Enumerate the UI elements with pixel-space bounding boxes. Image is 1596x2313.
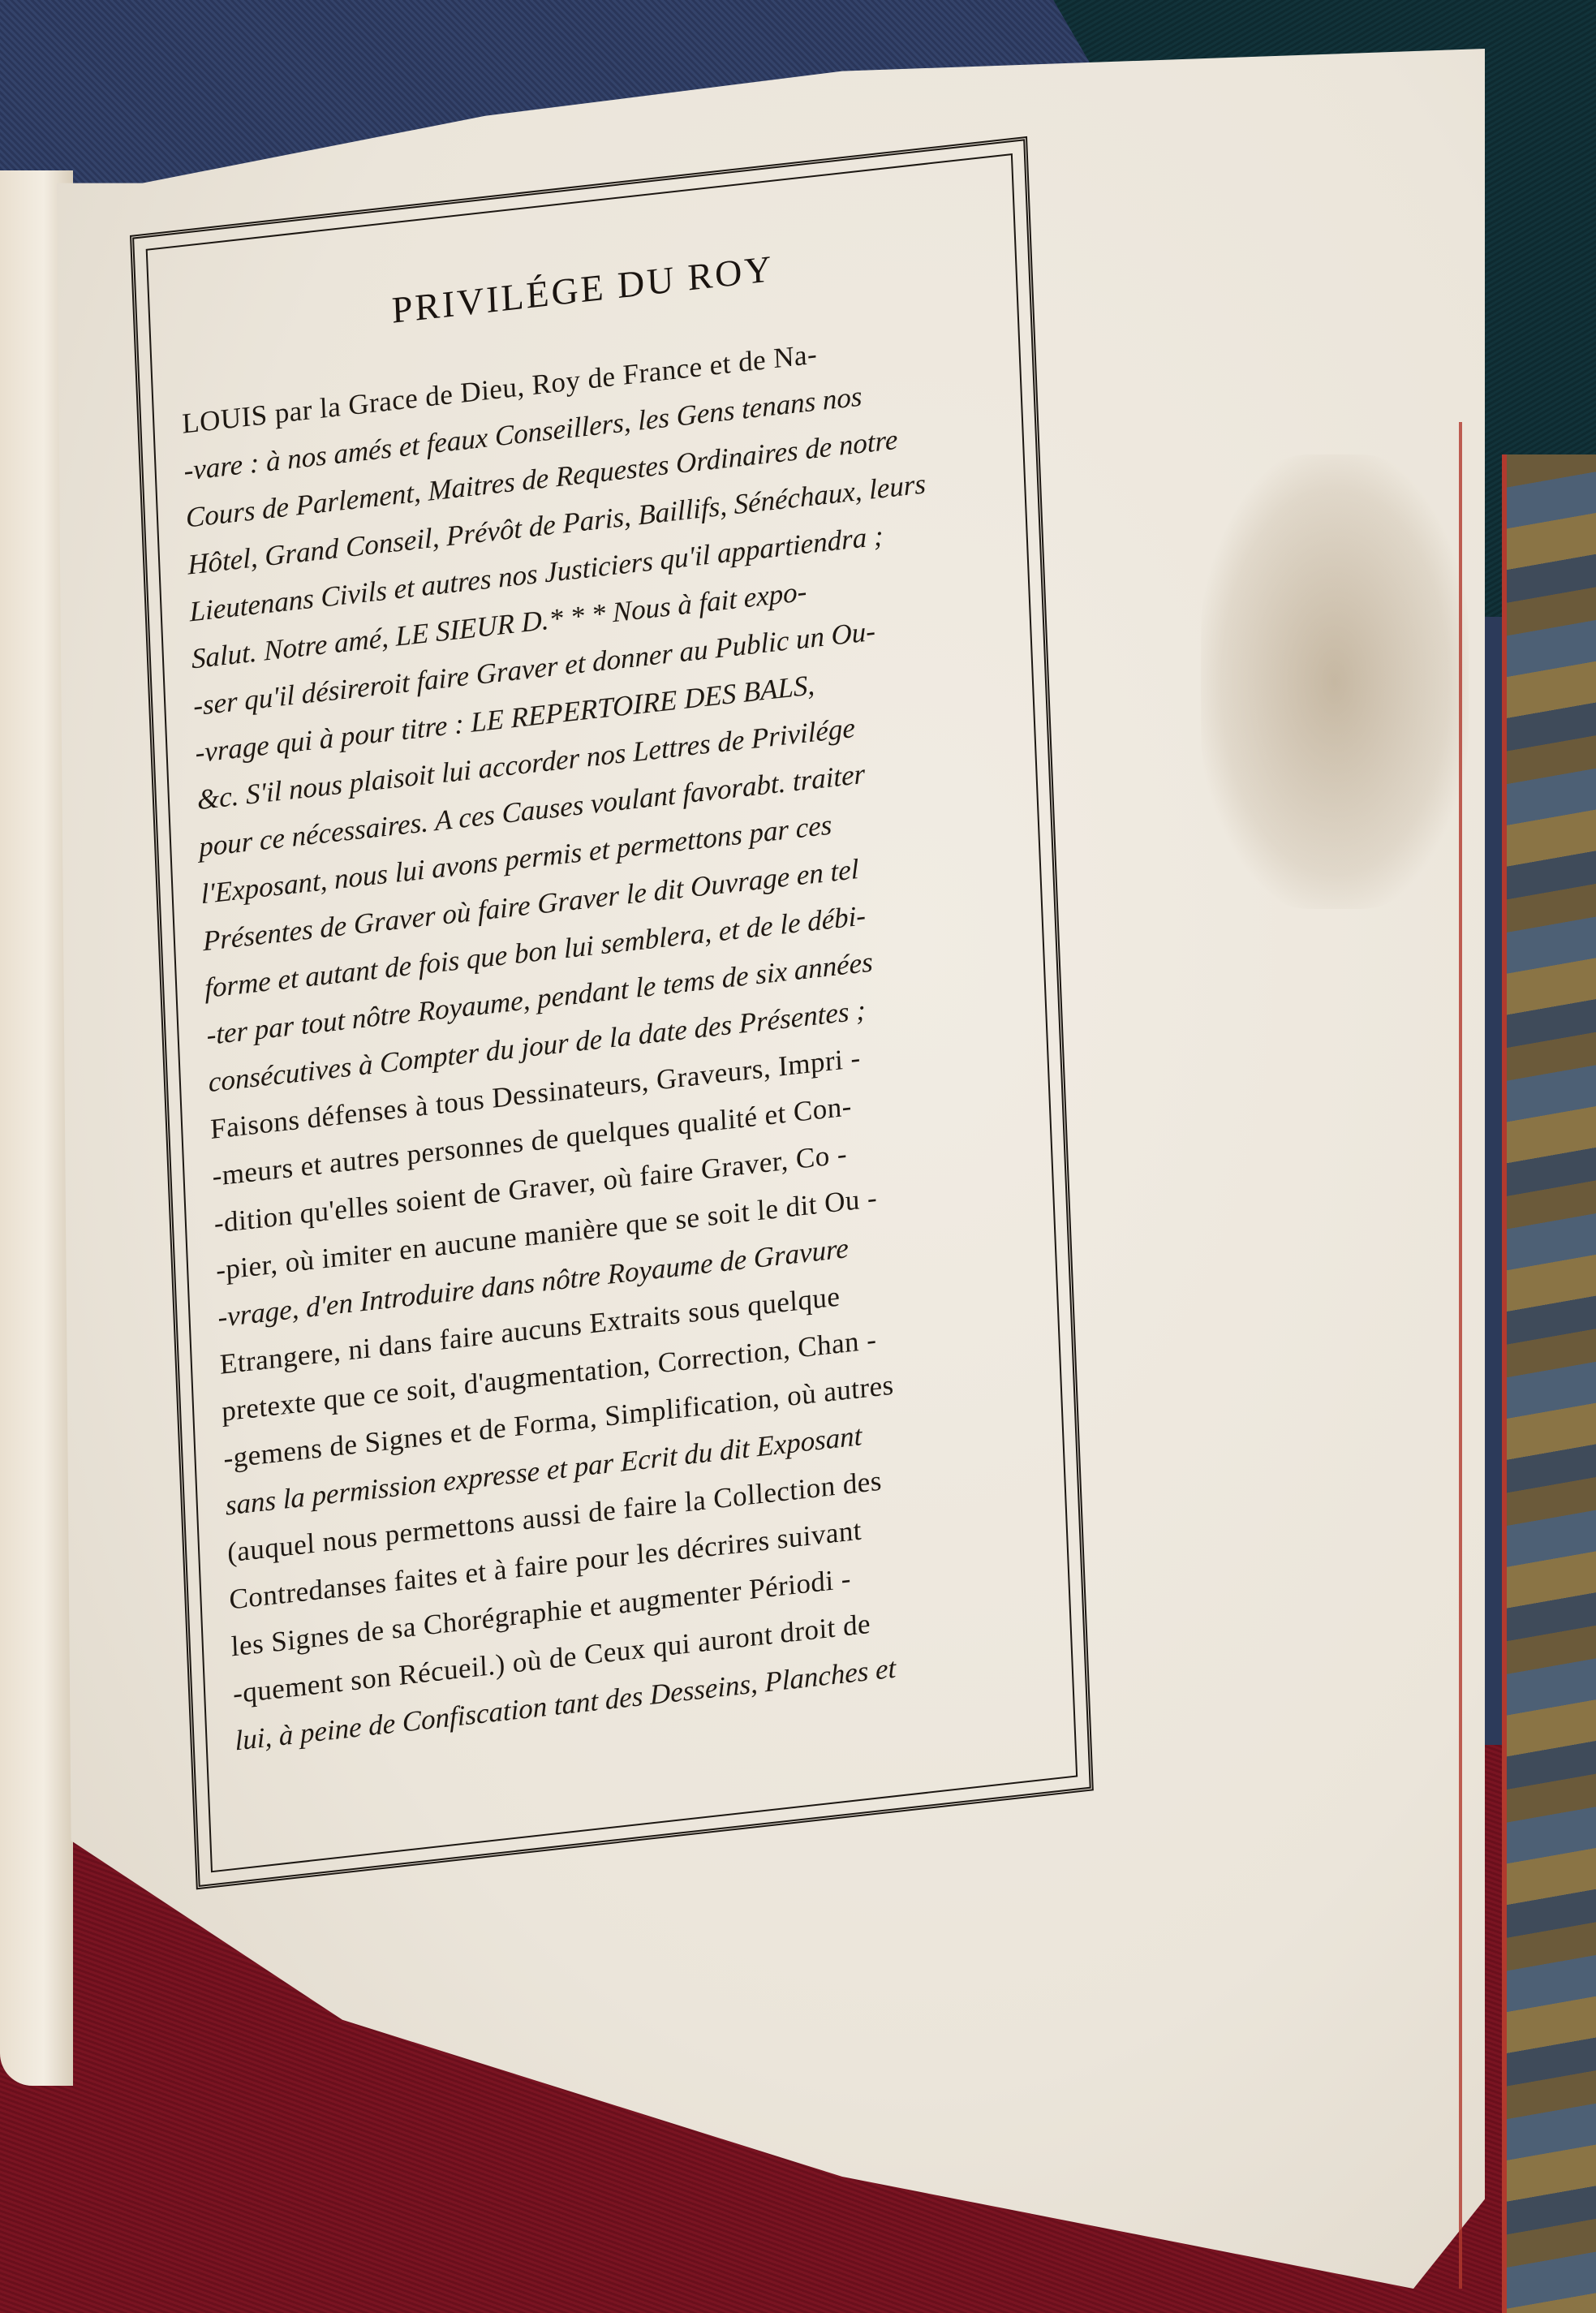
marbled-book-edge [1502, 454, 1596, 2313]
water-stain [1201, 454, 1469, 909]
red-edge-rule [1459, 422, 1462, 2289]
frame-inner-border: PRIVILÉGE DU ROY LOUIS par la Grace de D… [146, 153, 1078, 1872]
engraved-frame: PRIVILÉGE DU ROY LOUIS par la Grace de D… [130, 136, 1094, 1889]
privilege-text: LOUIS par la Grace de Dieu, Roy de Franc… [181, 312, 1044, 1765]
